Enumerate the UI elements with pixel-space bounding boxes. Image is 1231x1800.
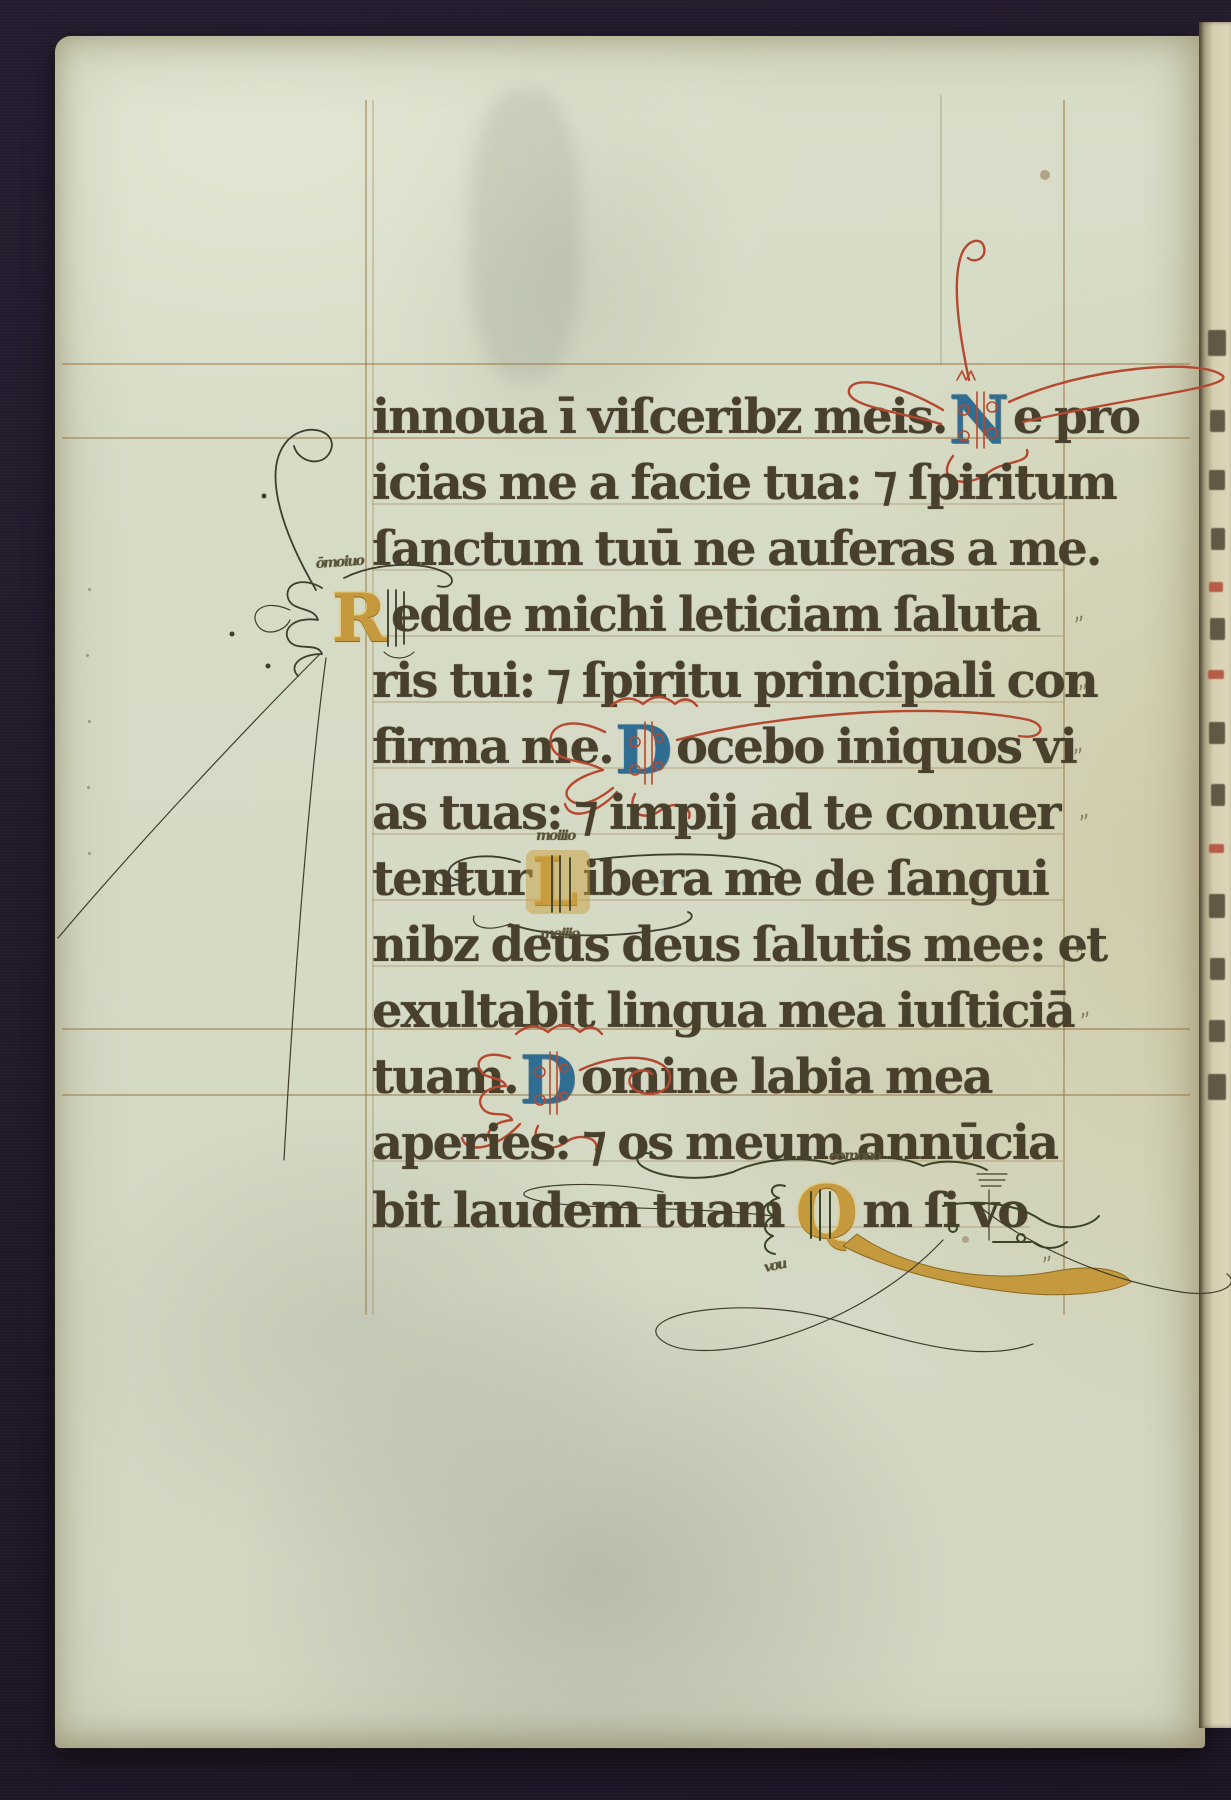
- word-segment: as tuas: ⁊ impij ad te conuer: [372, 785, 1060, 841]
- word-segment: exultabit lingua mea iuſticiā: [372, 983, 1074, 1039]
- text-line: nibz deus deus ſalutis mee: et: [372, 912, 1112, 978]
- illuminated-initial-wrap: mo iiio mo iiio L: [530, 846, 582, 915]
- illuminated-initial: D: [615, 717, 672, 783]
- pricking-dot: [88, 720, 91, 723]
- illuminated-initial: R: [332, 585, 387, 651]
- adjacent-page-text-fragment: [1209, 582, 1223, 592]
- adjacent-page-text-fragment: [1208, 670, 1224, 679]
- word-segment: m ſi vo: [862, 1183, 1027, 1239]
- stain-smudge: [470, 90, 580, 380]
- adjacent-leaf-edge: [1199, 22, 1231, 1728]
- word-segment: icias me a facie tua: ⁊ ſpiritum: [372, 455, 1116, 511]
- word-segment: ris tui: ⁊ ſpiritu principali con: [372, 653, 1097, 709]
- word-segment: omine labia mea: [581, 1049, 992, 1105]
- adjacent-page-text-fragment: [1209, 1020, 1225, 1042]
- adjacent-page-text-fragment: [1208, 1074, 1226, 1100]
- adjacent-page-text-fragment: [1209, 894, 1225, 918]
- text-line: icias me a facie tua: ⁊ ſpiritum: [372, 450, 1112, 516]
- adjacent-page-text-fragment: [1210, 958, 1225, 980]
- pricking-dot: [88, 852, 91, 855]
- text-line: ſanctum tuū ne auferas a me.: [372, 516, 1112, 582]
- pricking-dot: [86, 654, 89, 657]
- adjacent-page-text-fragment: [1211, 528, 1225, 550]
- word-segment: ſanctum tuū ne auferas a me.: [372, 521, 1100, 577]
- text-line: ōmo iuo Redde michi leticiam ſaluta: [330, 582, 1070, 648]
- illuminated-initial: Q: [795, 1176, 858, 1248]
- word-segment: aperies: ⁊ os meum annūcia: [372, 1115, 1057, 1171]
- stain-spot: [1040, 170, 1050, 180]
- adjacent-page-text-fragment: [1210, 618, 1225, 640]
- word-segment: nibz deus deus ſalutis mee: et: [372, 917, 1106, 973]
- adjacent-page-text-fragment: [1209, 844, 1224, 853]
- text-line: tentur mo iiio mo iiio Libera me de ſang…: [372, 846, 1112, 912]
- illuminated-initial-wrap: D: [518, 1044, 581, 1113]
- pricking-dot: [88, 588, 91, 591]
- text-line: tuam. Domine labia mea: [372, 1044, 1112, 1110]
- word-segment: edde michi leticiam ſaluta: [391, 587, 1039, 643]
- word-segment: ibera me de ſangui: [582, 851, 1048, 907]
- text-line: exultabit lingua mea iuſticiā: [372, 978, 1112, 1044]
- word-segment: bit laudem tuam: [372, 1183, 783, 1239]
- illuminated-initial-wrap: N: [947, 384, 1013, 453]
- manuscript-photo: „ „ „ „ „ „ „ innoua ī viſceribz meis. N…: [0, 0, 1231, 1800]
- illuminated-initial: D: [520, 1047, 577, 1113]
- word-segment: tentur: [372, 851, 530, 907]
- word-segment: tuam.: [372, 1049, 518, 1105]
- illuminated-initial-wrap: ōmo iuo R: [330, 582, 391, 651]
- ruling-line-inner-vertical: [940, 95, 942, 365]
- word-segment: firma me.: [372, 719, 613, 775]
- adjacent-page-text-fragment: [1209, 470, 1225, 490]
- text-line: aperies: ⁊ os meum annūcia: [372, 1110, 1112, 1176]
- text-line: bit laudem tuam vou eo mono Qm ſi vo: [372, 1176, 1112, 1242]
- pricking-dot: [87, 786, 90, 789]
- ruling-line-top-1: [62, 363, 1190, 365]
- adjacent-page-text-fragment: [1209, 722, 1225, 744]
- word-segment: e pro: [1013, 389, 1139, 445]
- text-line: innoua ī viſceribz meis. Ne pro: [372, 384, 1112, 450]
- text-line: firma me. Docebo iniquos vi: [372, 714, 1112, 780]
- illuminated-initial: L: [532, 849, 578, 915]
- illuminated-initial: N: [949, 387, 1009, 453]
- adjacent-page-text-fragment: [1211, 784, 1225, 806]
- ruling-line-left-vertical-1: [365, 100, 367, 1315]
- word-segment: ocebo iniquos vi: [676, 719, 1076, 775]
- illuminated-initial-wrap: vou eo mono Q: [793, 1176, 862, 1248]
- illuminated-initial-wrap: D: [613, 714, 676, 783]
- text-line: as tuas: ⁊ impij ad te conuer: [372, 780, 1112, 846]
- text-line: ris tui: ⁊ ſpiritu principali con: [372, 648, 1112, 714]
- word-segment: innoua ī viſceribz meis.: [372, 389, 947, 445]
- adjacent-page-text-fragment: [1208, 330, 1226, 356]
- adjacent-page-text-fragment: [1210, 410, 1225, 432]
